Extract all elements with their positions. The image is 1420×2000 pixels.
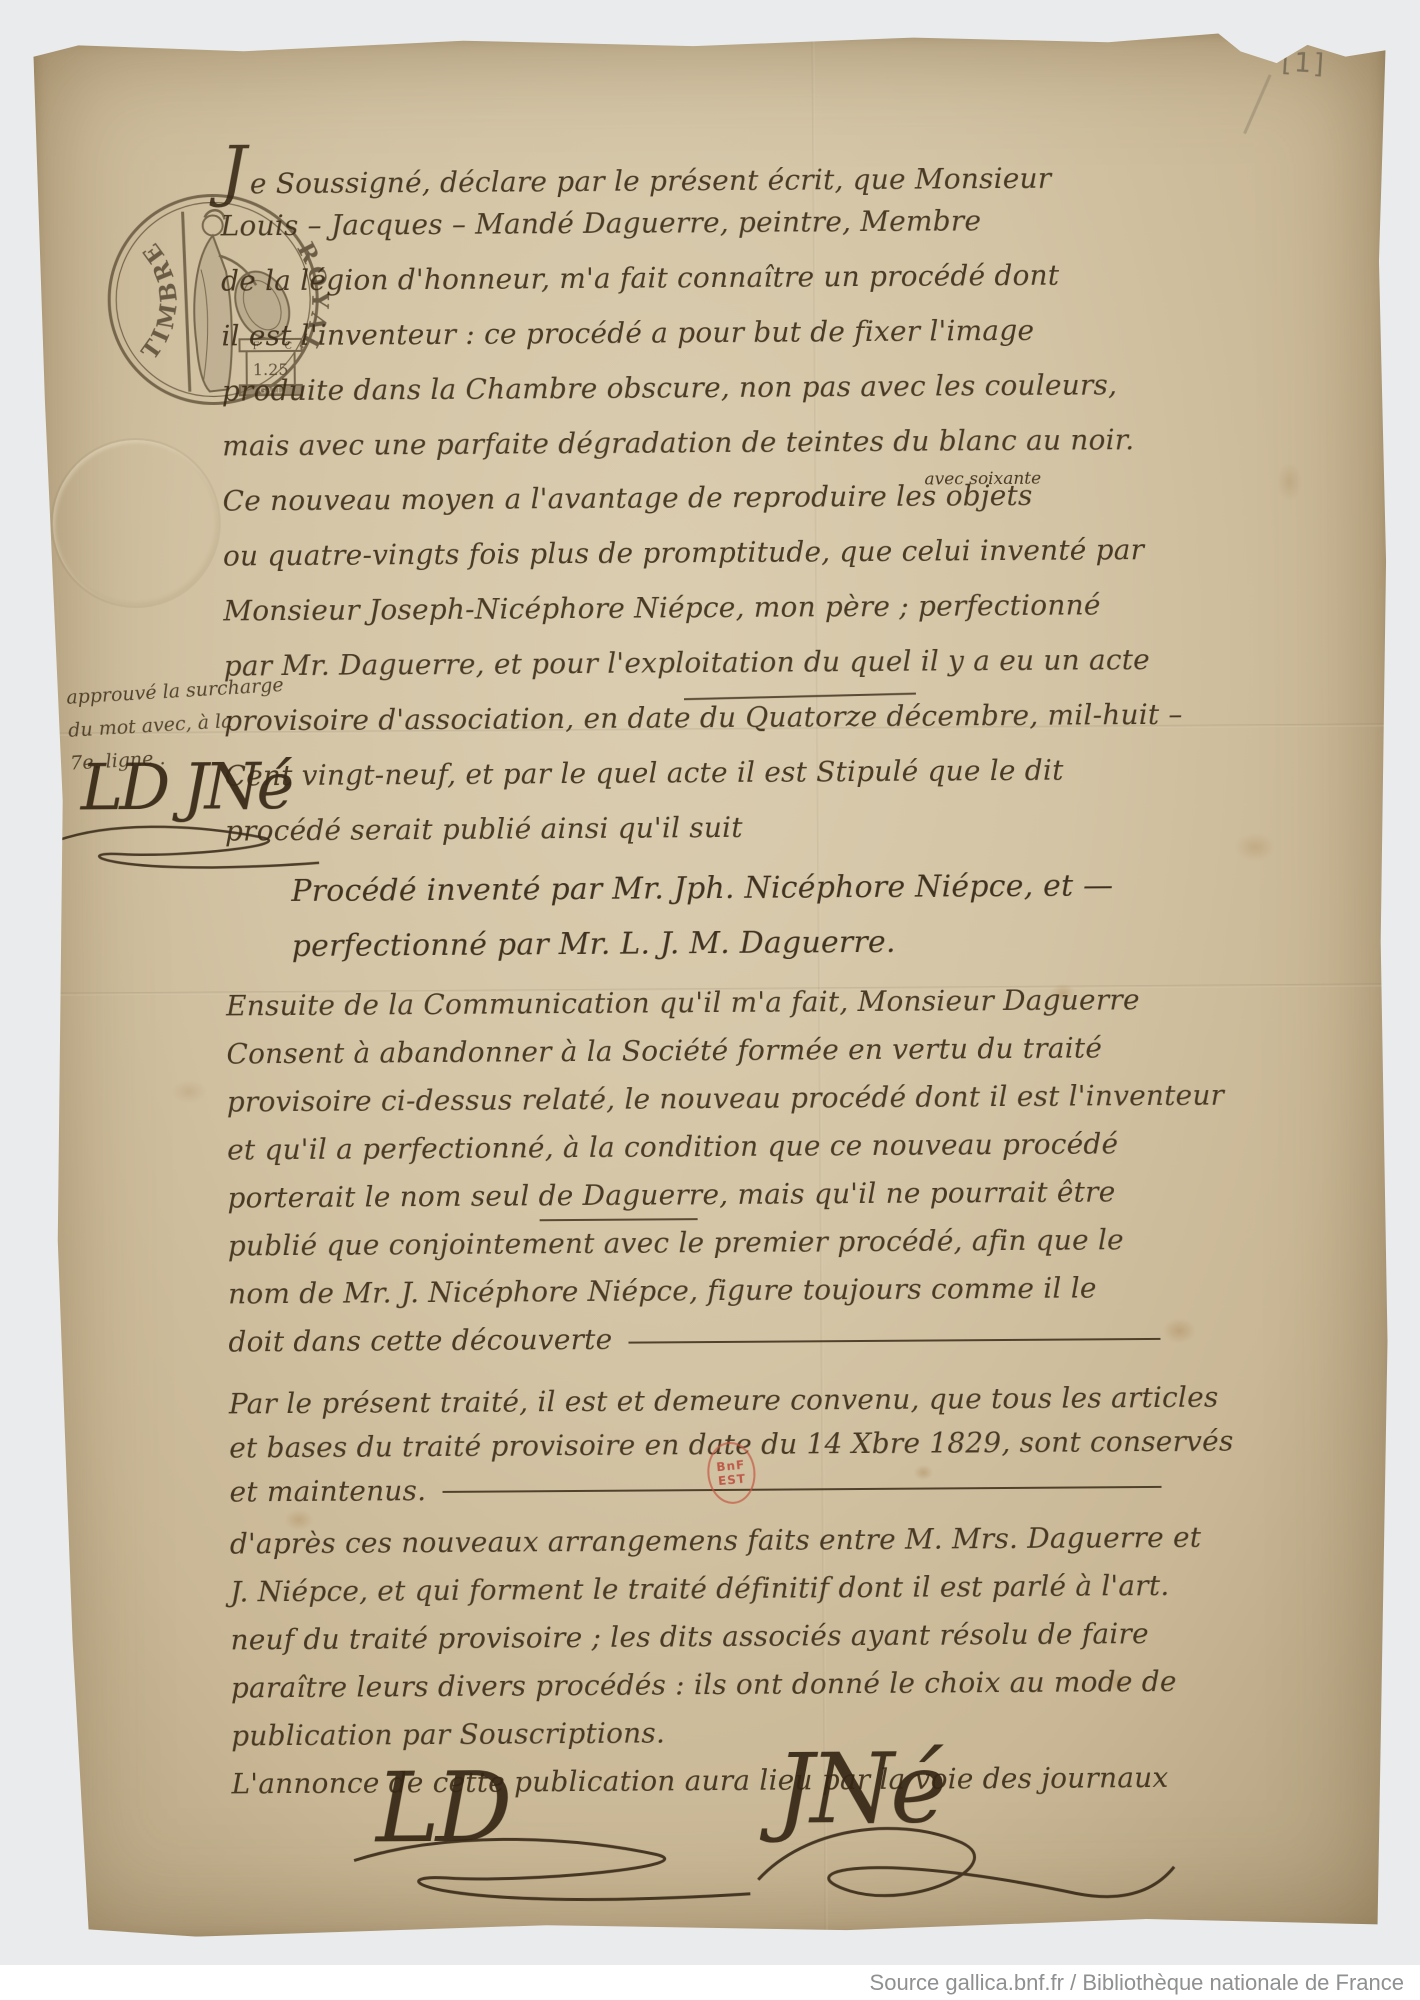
pencil-page-number: [1] bbox=[1281, 47, 1327, 81]
blind-embossed-seal bbox=[50, 437, 221, 608]
foxing-stain bbox=[1276, 462, 1302, 502]
manuscript-line: porterait le nom seul de Daguerre, mais … bbox=[227, 1168, 1163, 1223]
stamp-arc-text-left: TIMBRE bbox=[136, 235, 184, 365]
manuscript-line: procédé serait publié ainsi qu'il suit bbox=[225, 797, 1161, 859]
manuscript-line: nom de Mr. J. Nicéphore Niépce, figure t… bbox=[228, 1264, 1164, 1319]
paraph-flourish bbox=[746, 1797, 1187, 1930]
manuscript-line: et bases du traité provisoire en date du… bbox=[229, 1420, 1165, 1471]
manuscript-line: publié que conjointement avec le premier… bbox=[228, 1216, 1164, 1271]
manuscript-line: produite dans la Chambre obscure, non pa… bbox=[222, 357, 1158, 419]
bnf-stamp-line: EST bbox=[717, 1472, 746, 1489]
manuscript-heading-line: perfectionné par Mr. L. J. M. Daguerre. bbox=[292, 913, 1162, 974]
manuscript-heading-line: Procédé inventé par Mr. Jph. Nicéphore N… bbox=[291, 858, 1161, 919]
manuscript-line: de la légion d'honneur, m'a fait connaît… bbox=[221, 247, 1157, 309]
manuscript-line: neuf du traité provisoire ; les dits ass… bbox=[230, 1610, 1166, 1665]
signature-daguerre-paraph: LD bbox=[375, 1759, 508, 1856]
signature-niepce-paraph: JNé bbox=[775, 1740, 943, 1837]
gallica-footer-bar: Source gallica.bnf.fr / Bibliothèque nat… bbox=[0, 1965, 1420, 2000]
manuscript-body: Je Soussigné, déclare par le présent écr… bbox=[220, 137, 1168, 1808]
manuscript-line: Cent vingt-neuf, et par le quel acte il … bbox=[224, 742, 1160, 804]
manuscript-line: et maintenus. bbox=[229, 1464, 1165, 1515]
manuscript-line: publication par Souscriptions. bbox=[231, 1706, 1167, 1761]
interline-insertion: avec soixante bbox=[924, 452, 1041, 508]
manuscript-line: Louis – Jacques – Mandé Daguerre, peintr… bbox=[220, 192, 1156, 254]
pencil-stray-mark bbox=[1243, 74, 1271, 134]
manuscript-line: Ce nouveau moyen a l'avantage de reprodu… bbox=[222, 467, 1158, 529]
manuscript-line: provisoire ci-dessus relaté, le nouveau … bbox=[227, 1072, 1163, 1127]
manuscript-line: par Mr. Daguerre, et pour l'exploitation… bbox=[224, 632, 1160, 694]
paraph-flourish bbox=[346, 1816, 767, 1929]
gallica-source-credit: Source gallica.bnf.fr / Bibliothèque nat… bbox=[870, 1970, 1404, 1996]
manuscript-line: ou quatre-vingts fois plus de promptitud… bbox=[223, 522, 1159, 584]
manuscript-line: et qu'il a perfectionné, à la condition … bbox=[227, 1120, 1163, 1175]
manuscript-line: Ensuite de la Communication qu'il m'a fa… bbox=[226, 976, 1162, 1031]
manuscript-line: Par le présent traité, il est et demeure… bbox=[229, 1376, 1165, 1427]
ink-rule bbox=[442, 1486, 1161, 1493]
manuscript-line: Consent à abandonner à la Société formée… bbox=[226, 1024, 1162, 1079]
manuscript-line: Monsieur Joseph-Nicéphore Niépce, mon pè… bbox=[223, 577, 1159, 639]
manuscript-paper-sheet: [1] TIMBRE ROYAL bbox=[33, 31, 1398, 1940]
scanned-document-page: { "page": { "corner_annotation": "[1]", … bbox=[0, 0, 1420, 2000]
foxing-stain bbox=[171, 1080, 207, 1104]
svg-text:TIMBRE: TIMBRE bbox=[136, 235, 184, 365]
foxing-stain bbox=[1162, 1318, 1196, 1344]
ink-rule bbox=[628, 1338, 1160, 1344]
manuscript-line: il est l'inventeur : ce procédé a pour b… bbox=[221, 302, 1157, 364]
manuscript-line: J. Niépce, et qui forment le traité défi… bbox=[230, 1562, 1166, 1617]
manuscript-line: paraître leurs divers procédés : ils ont… bbox=[231, 1658, 1167, 1713]
foxing-stain bbox=[1234, 832, 1276, 862]
manuscript-line: d'après ces nouveaux arrangemens faits e… bbox=[230, 1514, 1166, 1569]
manuscript-line: doit dans cette découverte bbox=[228, 1312, 1164, 1367]
manuscript-line: Je Soussigné, déclare par le présent écr… bbox=[220, 137, 1156, 199]
manuscript-line: provisoire d'association, en date du Qua… bbox=[224, 687, 1160, 749]
